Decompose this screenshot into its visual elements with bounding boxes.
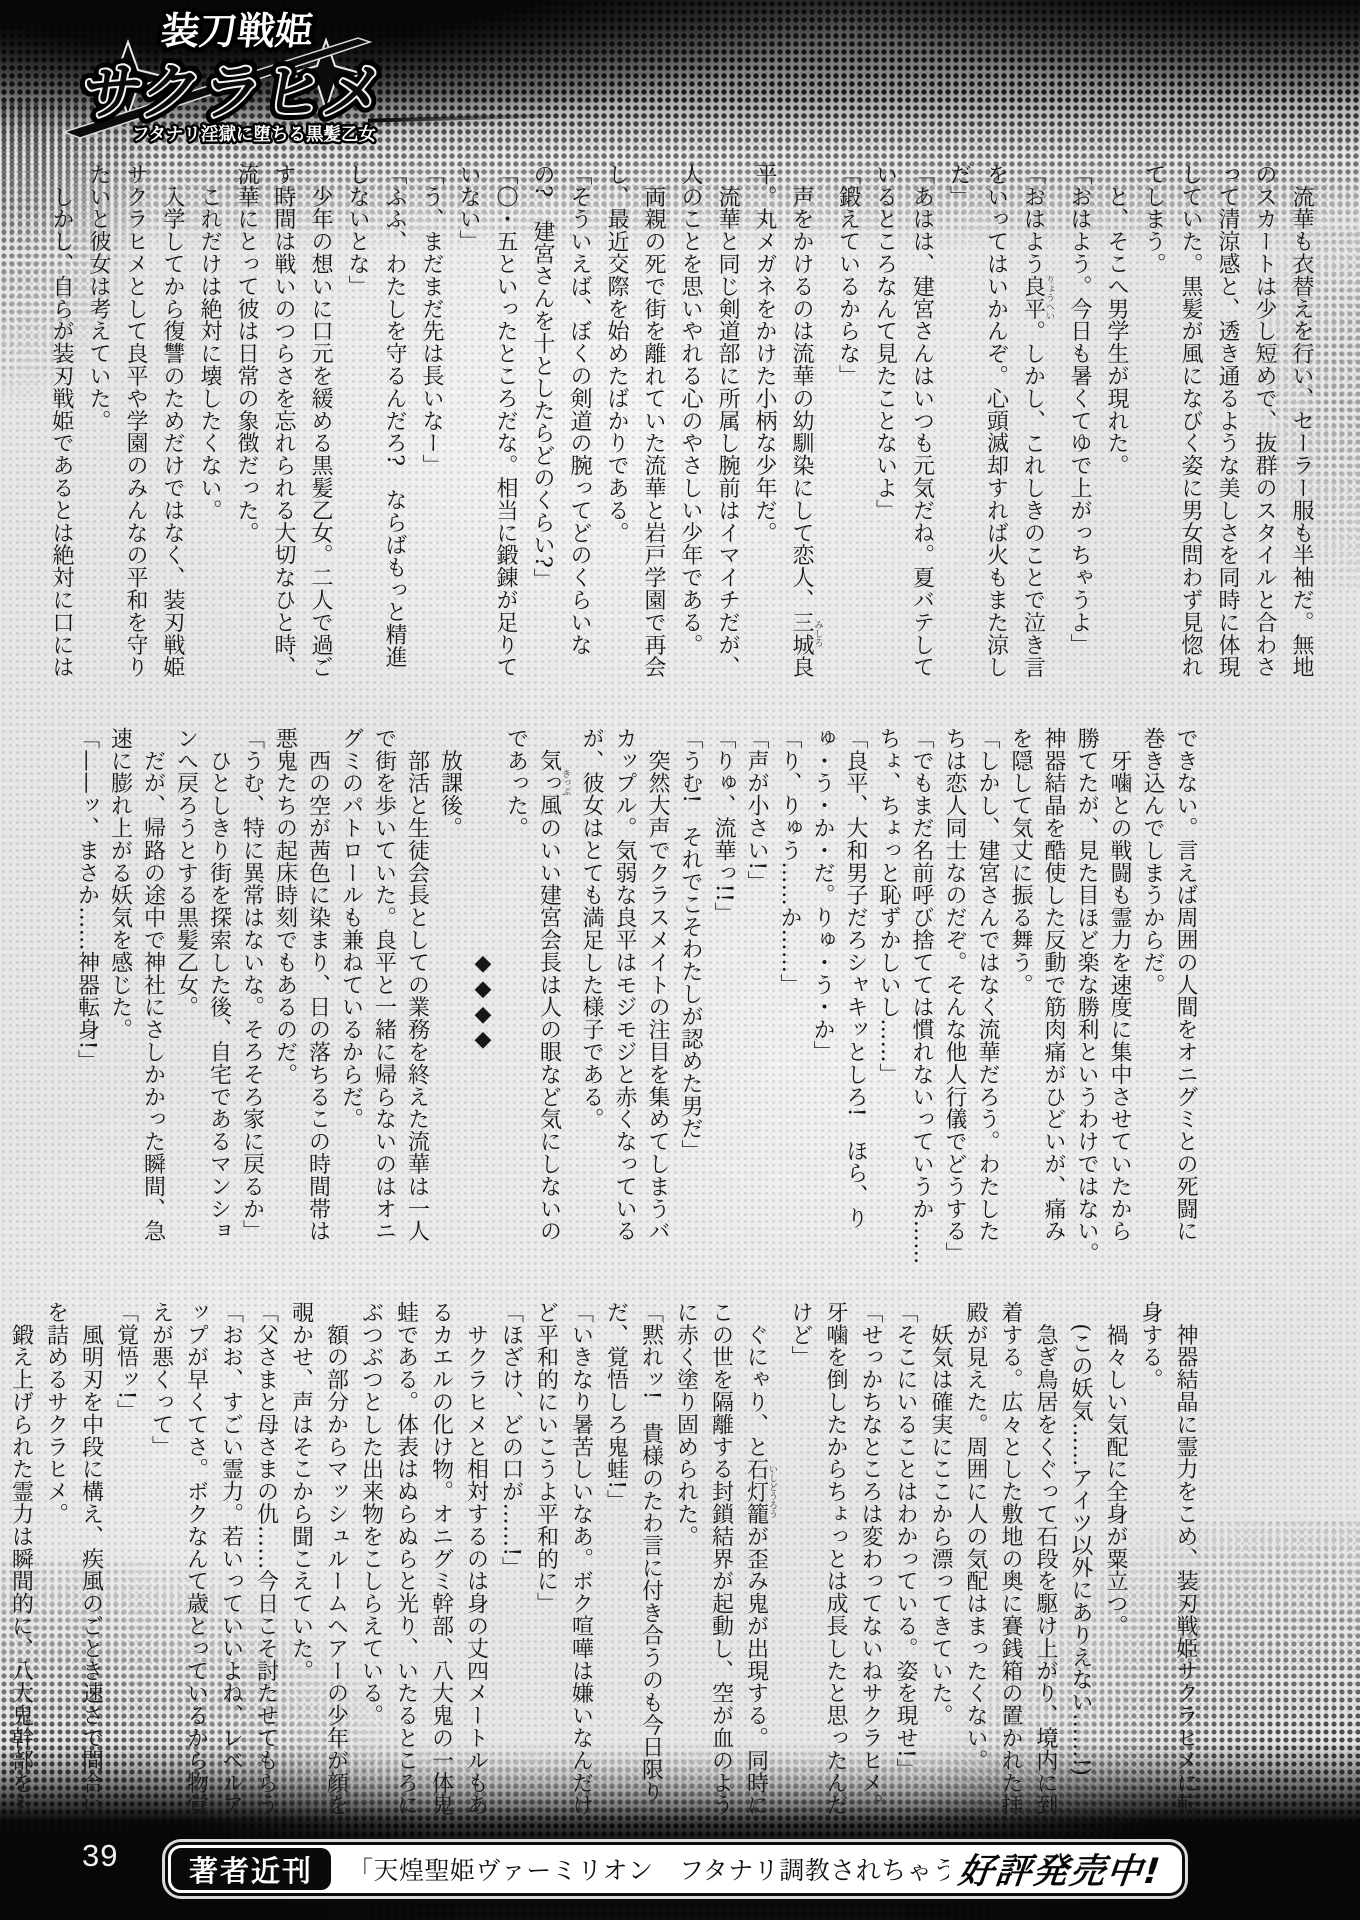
text-column: 「そこにいることはわかっている。姿を現せ!」 [894, 1301, 917, 1841]
text-column: 流華も衣替えを行い、セーラー服も半袖だ。無地 [1290, 163, 1313, 680]
text-column: 「良平、大和男子だろシャキッとしろ! ほら、り [844, 727, 867, 1263]
text-column: これだけは絶対に壊したくない。 [198, 163, 221, 680]
text-column: けど」 [789, 1301, 812, 1841]
text-column: いるところなんて見たことないよ」 [874, 163, 897, 680]
text-column: ちは恋人同士なのだぞ。そんな他人行儀でどうする」 [943, 727, 966, 1263]
text-column: であった。 [505, 727, 528, 1263]
logo-title-main: サクラヒメ [76, 56, 390, 128]
text-column: ◆◆◆◆ [472, 727, 495, 1263]
text-column: 「声が小さい!」 [745, 727, 768, 1263]
text-column: 妖気は確実にここから漂ってきていた。 [929, 1301, 952, 1841]
text-column: 放課後。 [439, 727, 462, 1263]
text-column: 「そういえば、ぼくの剣道の腕ってどのくらいな [568, 163, 591, 680]
text-column: 「黙れッ! 貴様のたわ言に付き合うのも今日限り [640, 1301, 663, 1841]
text-column: 「り、りゅう……か……」 [778, 727, 801, 1263]
text-column: を詰めるサクラヒメ。 [45, 1301, 68, 1841]
text-column: 急ぎ鳥居をくぐって石段を駆け上がり、境内に到 [1034, 1301, 1057, 1841]
text-column: グミのパトロールも兼ねているからだ。 [340, 727, 363, 1263]
text-column: たいと彼女は考えていた。 [87, 163, 110, 680]
text-column: の? 建宮さんを十としたらどのくらい?」 [531, 163, 554, 680]
text-column: 人のことを思いやれる心のやさしい少年である。 [679, 163, 702, 680]
novel-page: 装刀戦姫 サクラヒメ サクラヒメ フタナリ淫獄に堕ちる黒髪乙女 流華も衣替えを行… [0, 0, 1360, 1920]
text-column: サクラヒメと相対するのは身の丈四メートルもあ [465, 1301, 488, 1841]
text-band-3: 神器結晶に霊力をこめ、装刃戦姫サクラヒメに転身する。 禍々しい気配に全身が粟立つ… [10, 1301, 1198, 1841]
text-column: 牙噛との戦闘も霊力を速度に集中させていたから [1108, 727, 1131, 1263]
text-column: 「うむ、特に異常はないな。そろそろ家に戻るか」 [241, 727, 264, 1263]
text-column: 「——ッ、まさか……神器転身!」 [76, 727, 99, 1263]
text-column: 「ほざけ、どの口が……!」 [500, 1301, 523, 1841]
text-column: って清涼感と、透き通るような美しさを同時に体現 [1216, 163, 1239, 680]
text-column: し、最近交際を始めたばかりである。 [605, 163, 628, 680]
footer-ad-label: 著者近刊 [171, 1848, 331, 1890]
text-column: 「しかし、建宮さんではなく流華だろう。わたした [976, 727, 999, 1263]
text-column: 「おはよう。今日も暑くてゆで上がっちゃうよ」 [1068, 163, 1091, 680]
text-column: 声をかけるのは流華の幼馴染にして恋人、三城みしろ良 [790, 163, 823, 680]
logo-subtitle: フタナリ淫獄に堕ちる黒髪乙女 [132, 124, 376, 145]
text-column: と、そこへ男学生が現れた。 [1105, 163, 1128, 680]
text-column: 「せっかちなところは変わってないねサクラヒメ。 [859, 1301, 882, 1841]
series-logo: 装刀戦姫 サクラヒメ サクラヒメ フタナリ淫獄に堕ちる黒髪乙女 [58, 0, 403, 152]
text-column: るカエルの化け物。オニグミ幹部、八大鬼の一体鬼 [430, 1301, 453, 1841]
text-column: 巻き込んでしまうからだ。 [1141, 727, 1164, 1263]
text-column: ぐにゃり、と石灯籠いしどうろうが歪み鬼が出現する。同時に [745, 1301, 778, 1841]
series-logo-art: 装刀戦姫 サクラヒメ サクラヒメ フタナリ淫獄に堕ちる黒髪乙女 [58, 0, 403, 152]
text-column: 「ふふ、わたしを守るんだろ? ならばもっと精進 [383, 163, 406, 680]
text-column: 気っ風きっぷのいい建宮会長は人の眼など気にしないの [538, 727, 571, 1263]
text-column: 平。丸メガネをかけた小柄な少年だ。 [753, 163, 776, 680]
text-column: ど平和的にいこうよ平和的に」 [535, 1301, 558, 1841]
text-column: 「覚悟ッ!」 [115, 1301, 138, 1841]
page-number: 39 [82, 1838, 118, 1874]
text-column: サクラヒメとして良平や学園のみんなの平和を守り [124, 163, 147, 680]
text-column: 着する。広々とした敷地の奥に賽銭箱の置かれた拝 [999, 1301, 1022, 1841]
text-column: だ」 [948, 163, 971, 680]
text-column: ひとしきり街を探索した後、自宅であるマンショ [208, 727, 231, 1263]
text-column: のスカートは少し短めで、抜群のスタイルと合わさ [1253, 163, 1276, 680]
text-column: 「りゅ、流華っ!!」 [712, 727, 735, 1263]
text-column: 「うむ! それでこそわたしが認めた男だ」 [679, 727, 702, 1263]
text-column: 西の空が茜色に染まり、日の落ちるこの時間帯は [307, 727, 330, 1263]
text-column: 殿が見えた。周囲に人の気配はまったくない。 [964, 1301, 987, 1841]
logo-title-top: 装刀戦姫 [159, 8, 316, 53]
text-column: 突然大声でクラスメイトの注目を集めてしまうバ [646, 727, 669, 1263]
text-column: で街を歩いていた。良平と一緒に帰らないのはオニ [373, 727, 396, 1263]
text-column: 「鍛えているからな」 [837, 163, 860, 680]
text-column: 両親の死で街を離れていた流華と岩戸学園で再会 [642, 163, 665, 680]
text-band-1: 流華も衣替えを行い、セーラー服も半袖だ。無地のスカートは少し短めで、抜群のスタイ… [50, 163, 1313, 680]
text-column: しないとな」 [346, 163, 369, 680]
text-column: 「〇・五といったところだな。相当に鍛錬が足りて [494, 163, 517, 680]
text-column: 神器結晶を酷使した反動で筋肉痛がひどいが、痛み [1042, 727, 1065, 1263]
text-column: ゅ・う・か・だ。りゅ・う・か」 [811, 727, 834, 1263]
text-column: していた。黒髪が風になびく姿に男女問わず見惚れ [1179, 163, 1202, 680]
text-column: 「父さまと母さまの仇……今日こそ討たせてもらう」 [255, 1301, 278, 1841]
text-column: この世を隔離する封鎖結界が起動し、空が血のよう [710, 1301, 733, 1841]
text-column: いない」 [457, 163, 480, 680]
text-column: 「あはは、建宮さんはいつも元気だね。夏バテして [911, 163, 934, 680]
text-column: 牙噛を倒したからちょっとは成長したと思ったんだ [824, 1301, 847, 1841]
text-column: 流華にとって彼は日常の象徴だった。 [235, 163, 258, 680]
text-column: (この妖気……アイツ以外にありえない……!) [1069, 1301, 1092, 1841]
footer-sale-status: 好評発売中! [947, 1845, 1185, 1893]
text-column: に赤く塗り固められた。 [675, 1301, 698, 1841]
text-column: 「いきなり暑苦しいなあ。ボク喧嘩は嫌いなんだけ [570, 1301, 593, 1841]
text-column: 入学してから復讐のためだけではなく、装刃戦姫 [161, 163, 184, 680]
text-column: えが悪くって」 [150, 1301, 173, 1841]
text-column: 額の部分からマッシュルームヘアーの少年が顔を [325, 1301, 348, 1841]
text-column: 蛙である。体表はぬらぬらと光り、いたるところに [395, 1301, 418, 1841]
text-column: ぶつぶつとした出来物をこしらえている。 [360, 1301, 383, 1841]
text-column: 「おはよう良平りょうへい。しかし、これしきのことで泣き言 [1022, 163, 1055, 680]
text-column: しかし、自らが装刃戦姫であるとは絶対に口には [50, 163, 73, 680]
text-column: 「う、まだまだ先は長いなー」 [420, 163, 443, 680]
text-column: 少年の想いに口元を緩める黒髪乙女。二人で過ご [309, 163, 332, 680]
text-column: 風明刃を中段に構え、疾風のごとき速さで間合い [80, 1301, 103, 1841]
text-column: 「でもまだ名前呼び捨てては慣れないっていうか…… [910, 727, 933, 1263]
text-column: てしまう。 [1142, 163, 1165, 680]
footer-book-title: 「天煌聖姫ヴァーミリオン フタナリ調教されちゃう母娘ヒロイン」 [334, 1845, 949, 1893]
text-column: 速に膨れ上がる妖気を感じた。 [109, 727, 132, 1263]
text-column: を隠して気丈に振る舞う。 [1009, 727, 1032, 1263]
text-column: カップル。気弱な良平はモジモジと赤くなっている [613, 727, 636, 1263]
text-column: だ、覚悟しろ鬼蛙!」 [605, 1301, 628, 1841]
text-column: 鍛え上げられた霊力は瞬間的に、八大鬼幹部をも [10, 1301, 33, 1841]
text-column: ちょ、ちょっと恥ずかしいし……」 [877, 727, 900, 1263]
text-column: ップが早くてさ。ボクなんて歳とっているから物覚 [185, 1301, 208, 1841]
text-column: ンへ戻ろうとする黒髪乙女。 [175, 727, 198, 1263]
text-column: をいってはいかんぞ。心頭滅却すれば火もまた涼し [985, 163, 1008, 680]
text-column: 悪鬼たちの起床時刻でもあるのだ。 [274, 727, 297, 1263]
text-column: 禍々しい気配に全身が粟立つ。 [1104, 1301, 1127, 1841]
text-column: だが、帰路の途中で神社にさしかかった瞬間、急 [142, 727, 165, 1263]
text-column: す時間は戦いのつらさを忘れられる大切なひと時、 [272, 163, 295, 680]
text-column: 勝てたが、見た目ほど楽な勝利というわけではない。 [1075, 727, 1098, 1263]
text-column: 覗かせ、声はそこから聞こえていた。 [290, 1301, 313, 1841]
text-column: 身する。 [1139, 1301, 1162, 1841]
footer-ad-banner: 著者近刊 「天煌聖姫ヴァーミリオン フタナリ調教されちゃう母娘ヒロイン」 好評発… [165, 1842, 1185, 1896]
text-column: 「おお、すごい霊力。若いっていいよね、レベルア [220, 1301, 243, 1841]
text-column: 神器結晶に霊力をこめ、装刃戦姫サクラヒメに転 [1174, 1301, 1197, 1841]
text-column: できない。言えば周囲の人間をオニグミとの死闘に [1174, 727, 1197, 1263]
text-column: 流華と同じ剣道部に所属し腕前はイマイチだが、 [716, 163, 739, 680]
text-column: 部活と生徒会長としての業務を終えた流華は一人 [406, 727, 429, 1263]
text-band-2: できない。言えば周囲の人間をオニグミとの死闘に巻き込んでしまうからだ。 牙噛との… [76, 727, 1198, 1263]
text-column: が、彼女はとても満足した様子である。 [580, 727, 603, 1263]
